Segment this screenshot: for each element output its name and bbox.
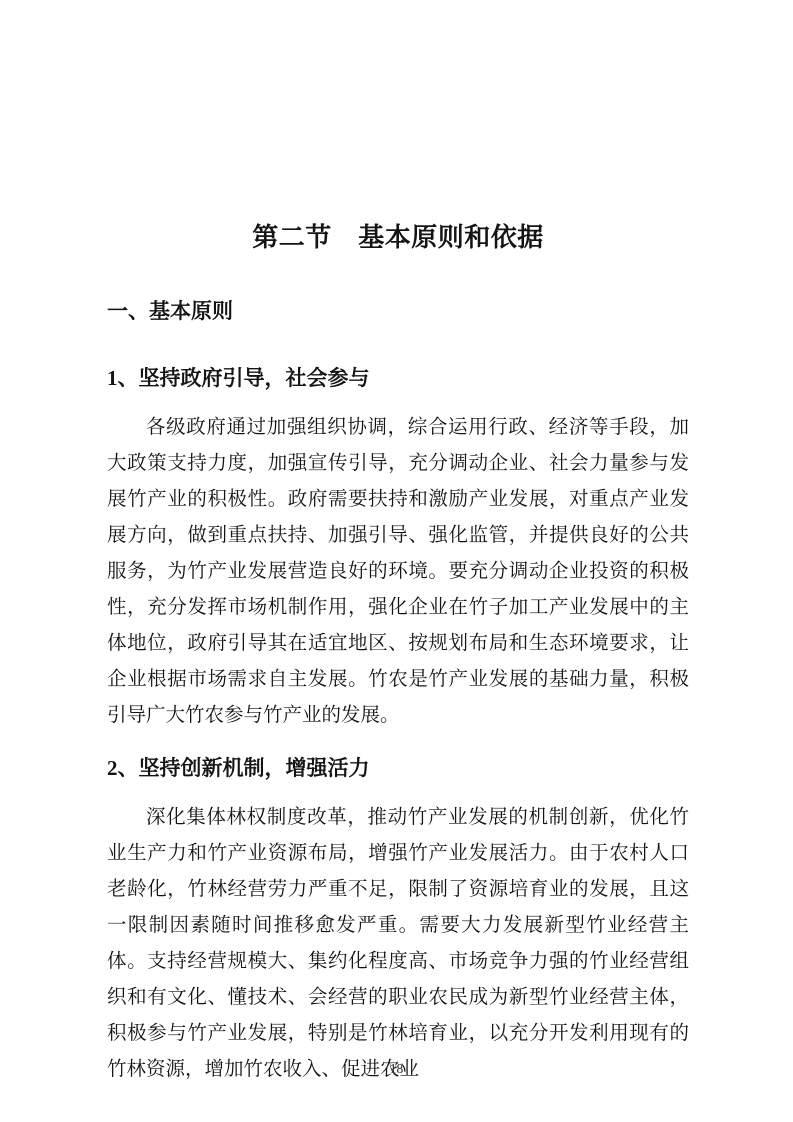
document-content: 第二节 基本原则和依据 一、基本原则 1、坚持政府引导，社会参与 各级政府通过加… — [107, 225, 689, 1088]
subsection-1-heading: 1、坚持政府引导，社会参与 — [107, 368, 689, 389]
page-number: 18 — [0, 1062, 793, 1076]
document-page: 第二节 基本原则和依据 一、基本原则 1、坚持政府引导，社会参与 各级政府通过加… — [0, 0, 793, 1122]
subsection-1-body: 各级政府通过加强组织协调，综合运用行政、经济等手段，加大政策支持力度，加强宣传引… — [107, 410, 689, 734]
subsection-2-heading: 2、坚持创新机制，增强活力 — [107, 758, 689, 779]
page-title: 第二节 基本原则和依据 — [107, 225, 689, 251]
section-heading-basic-principles: 一、基本原则 — [107, 301, 689, 322]
subsection-2-body: 深化集体林权制度改革，推动竹产业发展的机制创新，优化竹业生产力和竹产业资源布局，… — [107, 800, 689, 1088]
